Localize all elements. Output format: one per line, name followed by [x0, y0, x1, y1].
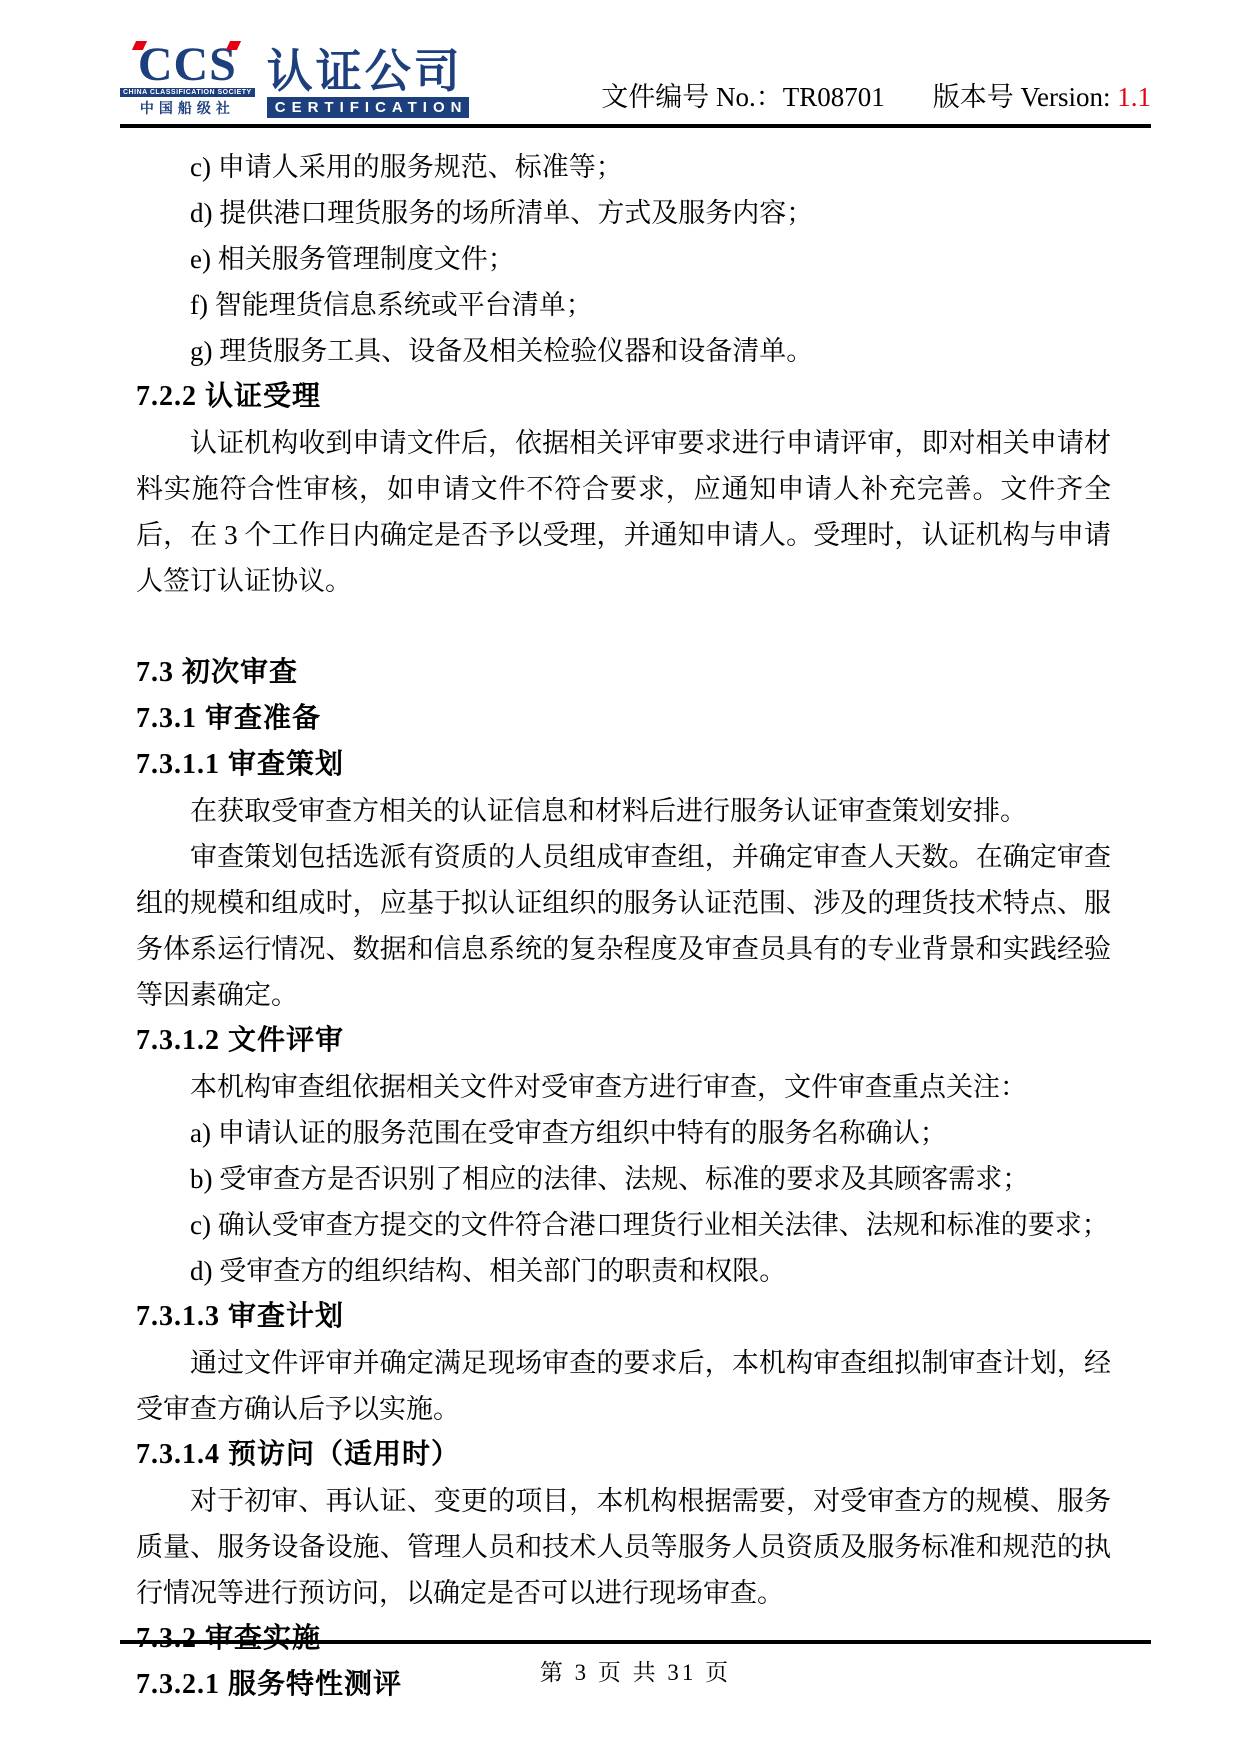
- ccs-logo-left: CCS CHINA CLASSIFICATION SOCIETY 中国船级社: [120, 44, 255, 118]
- list-item-c1: c) 申请人采用的服务规范、标准等；: [190, 144, 1111, 190]
- list-item-a2: a) 申请认证的服务范围在受审查方组织中特有的服务名称确认；: [190, 1110, 1111, 1156]
- ccs-logo-right: 认证公司 CERTIFICATION: [267, 48, 470, 118]
- header-divider: [120, 124, 1151, 128]
- logo-red-accent-icon: [226, 41, 241, 50]
- company-name-en: CERTIFICATION: [267, 97, 470, 118]
- list-item-c2: c) 确认受审查方提交的文件符合港口理货行业相关法律、法规和标准的要求；: [190, 1202, 1111, 1248]
- heading-7-3-1-2: 7.3.1.2 文件评审: [136, 1018, 1111, 1064]
- paragraph-7-3-1-4: 对于初审、再认证、变更的项目，本机构根据需要，对受审查方的规模、服务质量、服务设…: [136, 1478, 1111, 1616]
- paragraph-7-3-1-1b: 审查策划包括选派有资质的人员组成审查组，并确定审查人天数。在确定审查组的规模和组…: [136, 834, 1111, 1018]
- heading-7-3-1: 7.3.1 审查准备: [136, 696, 1111, 742]
- paragraph-7-3-1-1a: 在获取受审查方相关的认证信息和材料后进行服务认证审查策划安排。: [136, 788, 1111, 834]
- doc-number-label: 文件编号 No.：: [601, 82, 783, 112]
- paragraph-7-3-1-3: 通过文件评审并确定满足现场审查的要求后，本机构审查组拟制审查计划，经受审查方确认…: [136, 1340, 1111, 1432]
- heading-7-2-2: 7.2.2 认证受理: [136, 374, 1111, 420]
- doc-number-value: TR08701: [783, 82, 885, 112]
- document-page: CCS CHINA CLASSIFICATION SOCIETY 中国船级社 认…: [0, 0, 1233, 1743]
- list-item-b2: b) 受审查方是否识别了相应的法律、法规、标准的要求及其顾客需求；: [190, 1156, 1111, 1202]
- list-item-e1: e) 相关服务管理制度文件；: [190, 236, 1111, 282]
- blank-line: [136, 604, 1111, 650]
- heading-7-3-1-4: 7.3.1.4 预访问（适用时）: [136, 1432, 1111, 1478]
- heading-7-3-1-3: 7.3.1.3 审查计划: [136, 1294, 1111, 1340]
- page-number: 第 3 页 共 31 页: [120, 1644, 1151, 1687]
- version-value: 1.1: [1117, 82, 1151, 112]
- company-name-zh: 认证公司: [267, 48, 470, 94]
- society-name-zh: 中国船级社: [140, 98, 235, 118]
- paragraph-7-3-1-2: 本机构审查组依据相关文件对受审查方进行审查，文件审查重点关注：: [136, 1064, 1111, 1110]
- ccs-wordmark: CCS: [138, 44, 237, 86]
- list-item-f1: f) 智能理货信息系统或平台清单；: [190, 282, 1111, 328]
- paragraph-7-2-2: 认证机构收到申请文件后，依据相关评审要求进行申请评审，即对相关申请材料实施符合性…: [136, 420, 1111, 604]
- heading-7-3-1-1: 7.3.1.1 审查策划: [136, 742, 1111, 788]
- heading-7-3: 7.3 初次审查: [136, 650, 1111, 696]
- page-header: CCS CHINA CLASSIFICATION SOCIETY 中国船级社 认…: [0, 0, 1233, 122]
- list-item-d2: d) 受审查方的组织结构、相关部门的职责和权限。: [190, 1248, 1111, 1294]
- document-meta: 文件编号 No.：TR08701版本号 Version: 1.1: [601, 80, 1151, 118]
- page-footer: 第 3 页 共 31 页: [120, 1640, 1151, 1687]
- ccs-logo: CCS CHINA CLASSIFICATION SOCIETY 中国船级社 认…: [120, 44, 469, 118]
- version-label: 版本号 Version:: [933, 82, 1118, 112]
- list-item-g1: g) 理货服务工具、设备及相关检验仪器和设备清单。: [190, 328, 1111, 374]
- ccs-letters: CCS: [138, 38, 237, 91]
- document-body: c) 申请人采用的服务规范、标准等； d) 提供港口理货服务的场所清单、方式及服…: [136, 144, 1111, 1708]
- list-item-d1: d) 提供港口理货服务的场所清单、方式及服务内容；: [190, 190, 1111, 236]
